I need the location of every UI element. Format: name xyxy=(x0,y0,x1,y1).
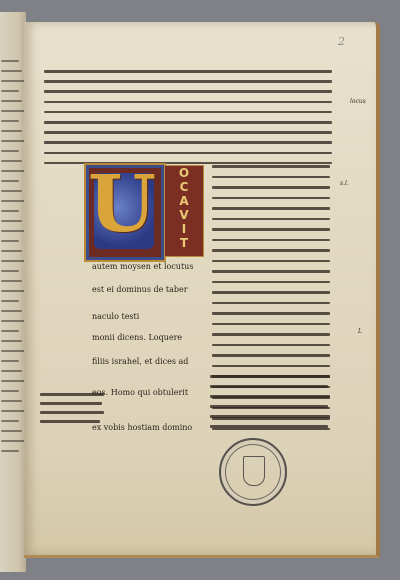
rubric-letter: T xyxy=(165,236,203,250)
ink-line xyxy=(1,200,25,202)
coat-of-arms-icon xyxy=(243,456,265,486)
ink-line xyxy=(44,70,332,73)
ink-line xyxy=(40,402,102,405)
ink-line xyxy=(210,395,330,398)
left-page-edge xyxy=(0,12,26,572)
ink-line xyxy=(1,360,19,362)
ink-line xyxy=(1,340,22,342)
ink-line xyxy=(1,230,25,232)
ink-line xyxy=(1,150,19,152)
ink-line xyxy=(1,370,22,372)
library-stamp xyxy=(219,438,287,506)
ink-line xyxy=(44,141,332,144)
ink-line xyxy=(210,385,328,388)
ink-line xyxy=(1,110,25,112)
text-line: ex vobis hostiam domino xyxy=(92,423,192,432)
ink-line xyxy=(212,323,330,326)
ink-line xyxy=(212,207,330,210)
text-line: autem moysen et locutus xyxy=(92,262,193,271)
rubric-letter: A xyxy=(165,194,203,208)
text-line: naculo testi xyxy=(92,312,139,321)
ink-line xyxy=(44,90,332,93)
ink-line xyxy=(1,300,19,302)
ink-line xyxy=(1,240,19,242)
ink-line xyxy=(1,380,25,382)
ink-line xyxy=(212,302,330,305)
ink-line xyxy=(212,428,330,431)
ink-line xyxy=(44,101,332,104)
ink-line xyxy=(1,310,22,312)
ink-line xyxy=(212,239,330,242)
ink-line xyxy=(212,218,330,221)
ink-line xyxy=(212,176,330,179)
ink-line xyxy=(1,190,22,192)
ink-line xyxy=(212,260,330,263)
ink-line xyxy=(1,220,22,222)
ink-line xyxy=(210,415,330,418)
ink-line xyxy=(1,160,22,162)
ink-line xyxy=(212,344,330,347)
ink-line xyxy=(1,390,19,392)
ink-line xyxy=(1,350,25,352)
ink-line xyxy=(1,80,25,82)
ink-line xyxy=(1,330,19,332)
ink-line xyxy=(1,60,19,62)
rubric-letter: C xyxy=(165,180,203,194)
ink-line xyxy=(210,405,328,408)
text-line: eos. Homo qui obtulerit xyxy=(92,388,188,397)
ink-line xyxy=(1,130,22,132)
ink-line xyxy=(1,120,19,122)
ink-line xyxy=(1,320,25,322)
rubric-letter: I xyxy=(165,222,203,236)
ink-line xyxy=(1,210,19,212)
ink-line xyxy=(1,450,19,452)
ink-line xyxy=(1,400,22,402)
ink-line xyxy=(210,425,328,428)
ink-line xyxy=(1,410,25,412)
ink-line xyxy=(1,420,19,422)
text-line: filiis israhel, et dices ad xyxy=(92,357,188,366)
ink-line xyxy=(40,411,104,414)
ink-line xyxy=(212,333,330,336)
rubric-vocavit: OCAVIT xyxy=(164,165,204,257)
marginal-note: s.l. xyxy=(340,180,349,187)
ink-line xyxy=(212,165,330,168)
marginal-note: locus xyxy=(350,98,366,105)
ink-line xyxy=(44,111,332,114)
ink-line xyxy=(40,420,100,423)
ink-line xyxy=(212,249,330,252)
ink-line xyxy=(1,100,22,102)
ink-line xyxy=(1,180,19,182)
ink-line xyxy=(1,250,22,252)
ink-line xyxy=(212,281,330,284)
rubric-letter: V xyxy=(165,208,203,222)
ink-line xyxy=(44,152,332,155)
ink-line xyxy=(212,312,330,315)
ink-line xyxy=(44,121,332,124)
text-line: est ei dominus de taber xyxy=(92,285,188,294)
ink-line xyxy=(1,270,19,272)
ink-line xyxy=(1,440,25,442)
ink-line xyxy=(1,260,25,262)
ink-line xyxy=(1,170,25,172)
ink-line xyxy=(1,90,19,92)
ink-line xyxy=(44,80,332,83)
rubric-letter: O xyxy=(165,166,203,180)
initial-letter: U xyxy=(88,165,156,245)
marginal-note: L xyxy=(358,328,362,335)
ink-line xyxy=(44,131,332,134)
ink-line xyxy=(212,291,330,294)
illuminated-initial: U xyxy=(84,163,166,262)
ink-line xyxy=(212,365,330,368)
ink-line xyxy=(212,228,330,231)
folio-number: 2 xyxy=(338,35,345,48)
text-line: monii dicens. Loquere xyxy=(92,333,182,342)
ink-line xyxy=(1,70,22,72)
ink-line xyxy=(212,354,330,357)
ink-line xyxy=(212,197,330,200)
ink-line xyxy=(210,375,330,378)
ink-line xyxy=(1,280,22,282)
ink-line xyxy=(1,430,22,432)
ink-line xyxy=(212,186,330,189)
ink-line xyxy=(1,290,25,292)
ink-line xyxy=(1,140,25,142)
ink-line xyxy=(212,270,330,273)
